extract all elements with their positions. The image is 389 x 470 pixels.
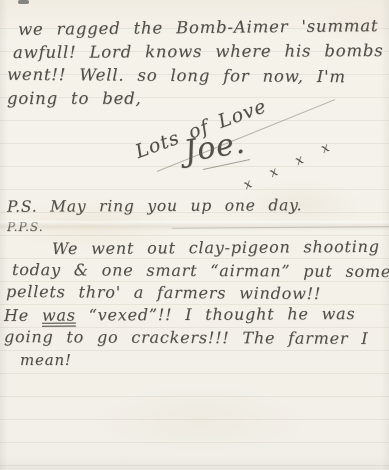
letter-line: going to go crackers!!! The farmer I bbox=[4, 327, 368, 348]
letter-line: We went out clay-pigeon shooting bbox=[52, 237, 380, 258]
letter-line: going to bed, bbox=[7, 89, 142, 108]
letter-line: went!! Well. so long for now, I'm bbox=[7, 65, 346, 86]
underlined-word: was bbox=[42, 306, 76, 325]
letter-line: pellets thro' a farmers window!! bbox=[6, 282, 321, 303]
ink-speck bbox=[18, 0, 29, 4]
line-text: He bbox=[4, 306, 42, 325]
line-text: “vexed”!! I thought he was bbox=[76, 304, 356, 324]
letter-line: mean! bbox=[20, 351, 72, 369]
letter-line: we ragged the Bomb-Aimer 'summat bbox=[18, 16, 379, 39]
letter-line: today & one smart “airman” put some bbox=[12, 260, 389, 281]
letter-page: we ragged the Bomb-Aimer 'summat awfull!… bbox=[0, 0, 389, 470]
letter-line: awfull! Lord knows where his bombs bbox=[13, 41, 384, 62]
letter-line: He was “vexed”!! I thought he was bbox=[4, 304, 356, 325]
ps-line: P.S. May ring you up one day. bbox=[7, 196, 302, 216]
kisses: x x x x bbox=[241, 138, 336, 193]
